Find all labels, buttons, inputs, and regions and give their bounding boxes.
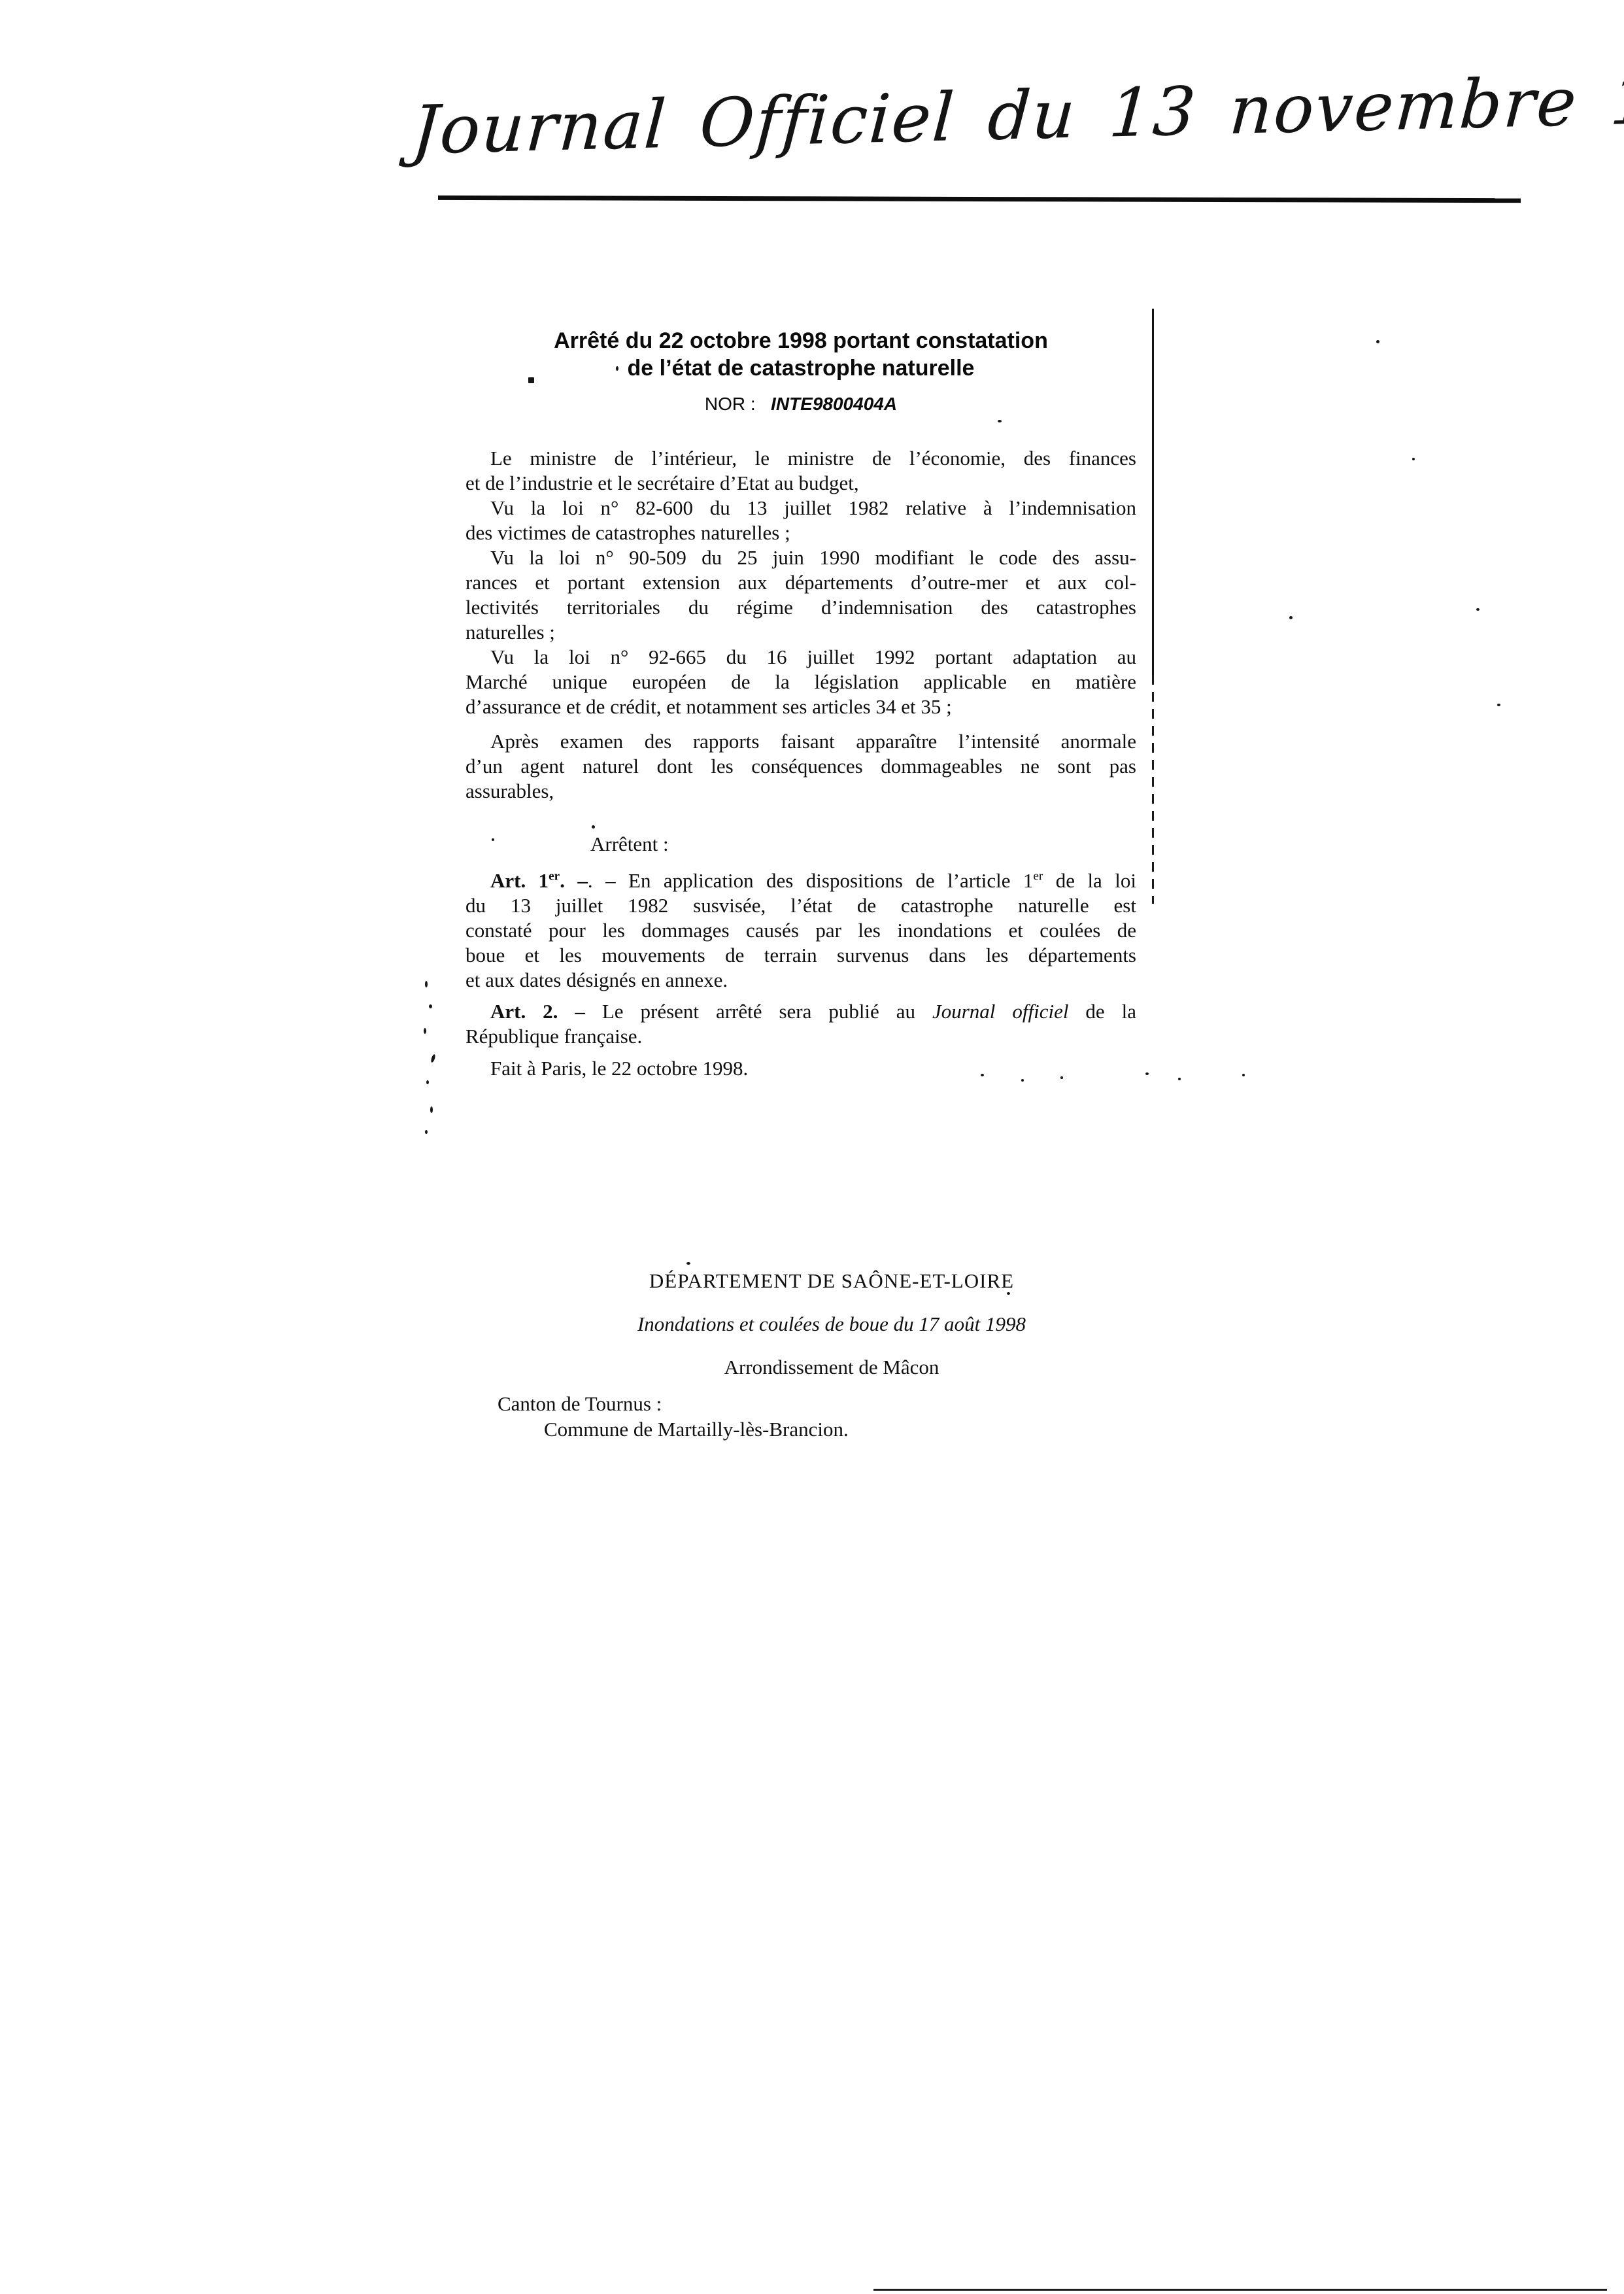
paragraph-line: Marché unique européen de la législation… xyxy=(465,670,1136,694)
scan-speckle xyxy=(430,1054,436,1063)
fait-line: Fait à Paris, le 22 octobre 1998. xyxy=(465,1056,1136,1081)
article-2-line: République française. xyxy=(465,1024,1136,1049)
scan-speckle xyxy=(1060,1076,1063,1079)
paragraph-line: Après examen des rapports faisant appara… xyxy=(465,729,1136,754)
paragraph-line: d’assurance et de crédit, et notamment s… xyxy=(465,694,1136,719)
article-ref-superscript: er xyxy=(1033,870,1043,883)
handwriting-underline xyxy=(438,196,1521,203)
scanned-document-page: Journal Officiel du 13 novembre 1998. Ar… xyxy=(0,0,1624,2294)
scan-speckle xyxy=(425,1130,428,1134)
nor-line: NOR : INTE9800404A xyxy=(465,394,1136,415)
paragraph-line: et de l’industrie et le secrétaire d’Eta… xyxy=(465,471,1136,496)
article-1-line: Art. 1er. –. – En application des dispos… xyxy=(465,868,1136,893)
article-2-label: Art. 2. – xyxy=(490,1000,585,1023)
article-1-label: Art. 1 xyxy=(490,869,549,892)
annex-arrondissement: Arrondissement de Mâcon xyxy=(465,1356,1198,1379)
paragraph-line: des victimes de catastrophes naturelles … xyxy=(465,521,1136,545)
decree-body: Le ministre de l’intérieur, le ministre … xyxy=(465,446,1136,1081)
scan-speckle xyxy=(1007,1292,1010,1295)
scan-speckle xyxy=(426,1080,429,1084)
scan-speckle xyxy=(1412,458,1415,460)
arretent-line: Arrêtent : xyxy=(465,832,1136,857)
decree-title: Arrêté du 22 octobre 1998 portant consta… xyxy=(465,327,1136,382)
scan-speckle xyxy=(424,1028,426,1034)
article-1-line: boue et les mouvements de terrain surven… xyxy=(465,943,1136,968)
scan-speckle xyxy=(1376,340,1379,343)
scan-speckle xyxy=(429,1004,432,1008)
scan-speckle xyxy=(1145,1072,1149,1075)
paragraph-line: assurables, xyxy=(465,779,1136,804)
article-2-line: Art. 2. – Le présent arrêté sera publié … xyxy=(465,999,1136,1024)
paragraph-line: Vu la loi n° 92-665 du 16 juillet 1992 p… xyxy=(465,645,1136,670)
scan-speckle xyxy=(1242,1074,1245,1076)
annex-event: Inondations et coulées de boue du 17 aoû… xyxy=(465,1312,1198,1336)
scan-speckle xyxy=(425,981,428,987)
nor-label: NOR : xyxy=(705,394,756,414)
paragraph-line: d’un agent naturel dont les conséquences… xyxy=(465,754,1136,779)
scan-speckle xyxy=(592,825,595,829)
right-margin-rule-dashed xyxy=(1152,675,1154,904)
paragraph-line: naturelles ; xyxy=(465,620,1136,645)
annex-departement: DÉPARTEMENT DE SAÔNE-ET-LOIRE xyxy=(465,1269,1198,1293)
right-margin-rule xyxy=(1152,309,1154,675)
bottom-scan-mark xyxy=(873,2289,1607,2291)
paragraph-line: Vu la loi n° 82-600 du 13 juillet 1982 r… xyxy=(465,496,1136,521)
decree-title-line2: de l’état de catastrophe naturelle xyxy=(465,354,1136,382)
article-1-line: constaté pour les dommages causés par le… xyxy=(465,918,1136,943)
scan-speckle xyxy=(430,1106,433,1113)
scan-speckle xyxy=(998,420,1002,422)
article-1-line: du 13 juillet 1982 susvisée, l’état de c… xyxy=(465,893,1136,918)
nor-value: INTE9800404A xyxy=(771,394,897,414)
paragraph-line: rances et portant extension aux départem… xyxy=(465,570,1136,595)
scan-speckle xyxy=(1178,1078,1181,1080)
scan-speckle xyxy=(528,377,534,383)
decree-title-line1: Arrêté du 22 octobre 1998 portant consta… xyxy=(465,327,1136,354)
journal-officiel-italic: Journal officiel xyxy=(932,1000,1068,1023)
scan-speckle xyxy=(1497,704,1500,706)
paragraph-line: lectivités territoriales du régime d’ind… xyxy=(465,595,1136,620)
annex-canton: Canton de Tournus : xyxy=(498,1392,662,1416)
paragraph-line: Le ministre de l’intérieur, le ministre … xyxy=(465,446,1136,471)
annex-commune: Commune de Martailly-lès-Brancion. xyxy=(544,1418,849,1441)
scan-speckle xyxy=(616,366,618,371)
paragraph-line: Vu la loi n° 90-509 du 25 juin 1990 modi… xyxy=(465,545,1136,570)
scan-speckle xyxy=(1289,616,1293,619)
scan-speckle xyxy=(1476,608,1480,611)
handwritten-note: Journal Officiel du 13 novembre 1998. xyxy=(410,62,1617,169)
scan-speckle xyxy=(492,838,494,841)
scan-speckle xyxy=(1021,1079,1024,1082)
scan-speckle xyxy=(686,1262,690,1265)
article-1-line: et aux dates désignés en annexe. xyxy=(465,968,1136,993)
article-1-superscript: er xyxy=(549,870,560,883)
scan-speckle xyxy=(981,1074,984,1076)
